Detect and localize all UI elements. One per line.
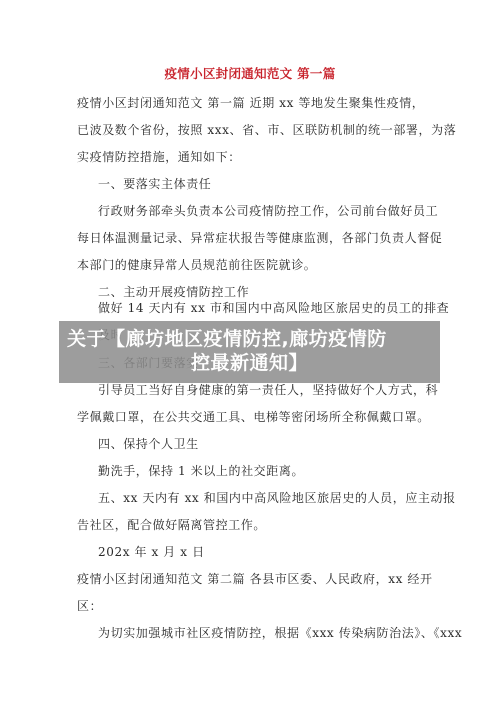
paragraph-line: 引导员工当好自身健康的第一责任人，坚持做好个人方式，科 (98, 382, 438, 398)
paragraph-line: 告社区，配合做好隔离管控工作。 (77, 517, 266, 533)
paragraph-line: 区： (77, 598, 102, 614)
headline-line-2: 控最新通知】 (59, 351, 440, 375)
paragraph-line: 疫情小区封闭通知范文 第一篇 近期 xx 等地发生聚集性疫情， (77, 95, 424, 111)
headline-overlay-text: 关于【廊坊地区疫情防控,廊坊疫情防 控最新通知】 (59, 327, 440, 375)
document-title: 疫情小区封闭通知范文 第一篇 (0, 64, 500, 82)
paragraph-line: 实疫情防控措施，通知如下： (77, 149, 241, 165)
paragraph-line: 学佩戴口罩，在公共交通工具、电梯等密闭场所全称佩戴口罩。 (77, 409, 430, 425)
section-heading: 四、保持个人卫生 (98, 436, 199, 452)
paragraph-line: 疫情小区封闭通知范文 第二篇 各县市区委、人民政府，xx 经开 (77, 571, 433, 587)
paragraph-line: 五、xx 天内有 xx 和国内中高风险地区旅居史的人员，应主动报 (98, 490, 456, 506)
headline-line-1: 关于【廊坊地区疫情防控,廊坊疫情防 (59, 327, 440, 351)
section-heading: 一、要落实主体责任 (98, 176, 211, 192)
paragraph-line: 勤洗手，保持 1 米以上的社交距离。 (98, 463, 304, 479)
paragraph-line: 行政财务部牵头负责本公司疫情防控工作，公司前台做好员工 (98, 203, 438, 219)
date-line: 202x 年 x 月 x 日 (98, 544, 205, 560)
section-heading: 二、主动开展疫情防控工作 (98, 284, 249, 300)
paragraph-line: 本部门的健康异常人员规范前往医院就诊。 (77, 257, 316, 273)
paragraph-line: 为切实加强城市社区疫情防控，根据《xxx 传染病防治法》、《xxx (98, 625, 462, 641)
headline-overlay-banner: 关于【廊坊地区疫情防控,廊坊疫情防 控最新通知】 (59, 321, 440, 383)
paragraph-line: 做好 14 天内有 xx 市和国内中高风险地区旅居史的员工的排查 (98, 300, 449, 316)
paragraph-line: 已波及数个省份，按照 xxx、省、市、区联防机制的统一部署，为落 (77, 122, 456, 138)
document-page: 疫情小区封闭通知范文 第一篇 疫情小区封闭通知范文 第一篇 近期 xx 等地发生… (0, 0, 500, 706)
paragraph-line: 每日体温测量记录、异常症状报告等健康监测，各部门负责人督促 (77, 230, 442, 246)
